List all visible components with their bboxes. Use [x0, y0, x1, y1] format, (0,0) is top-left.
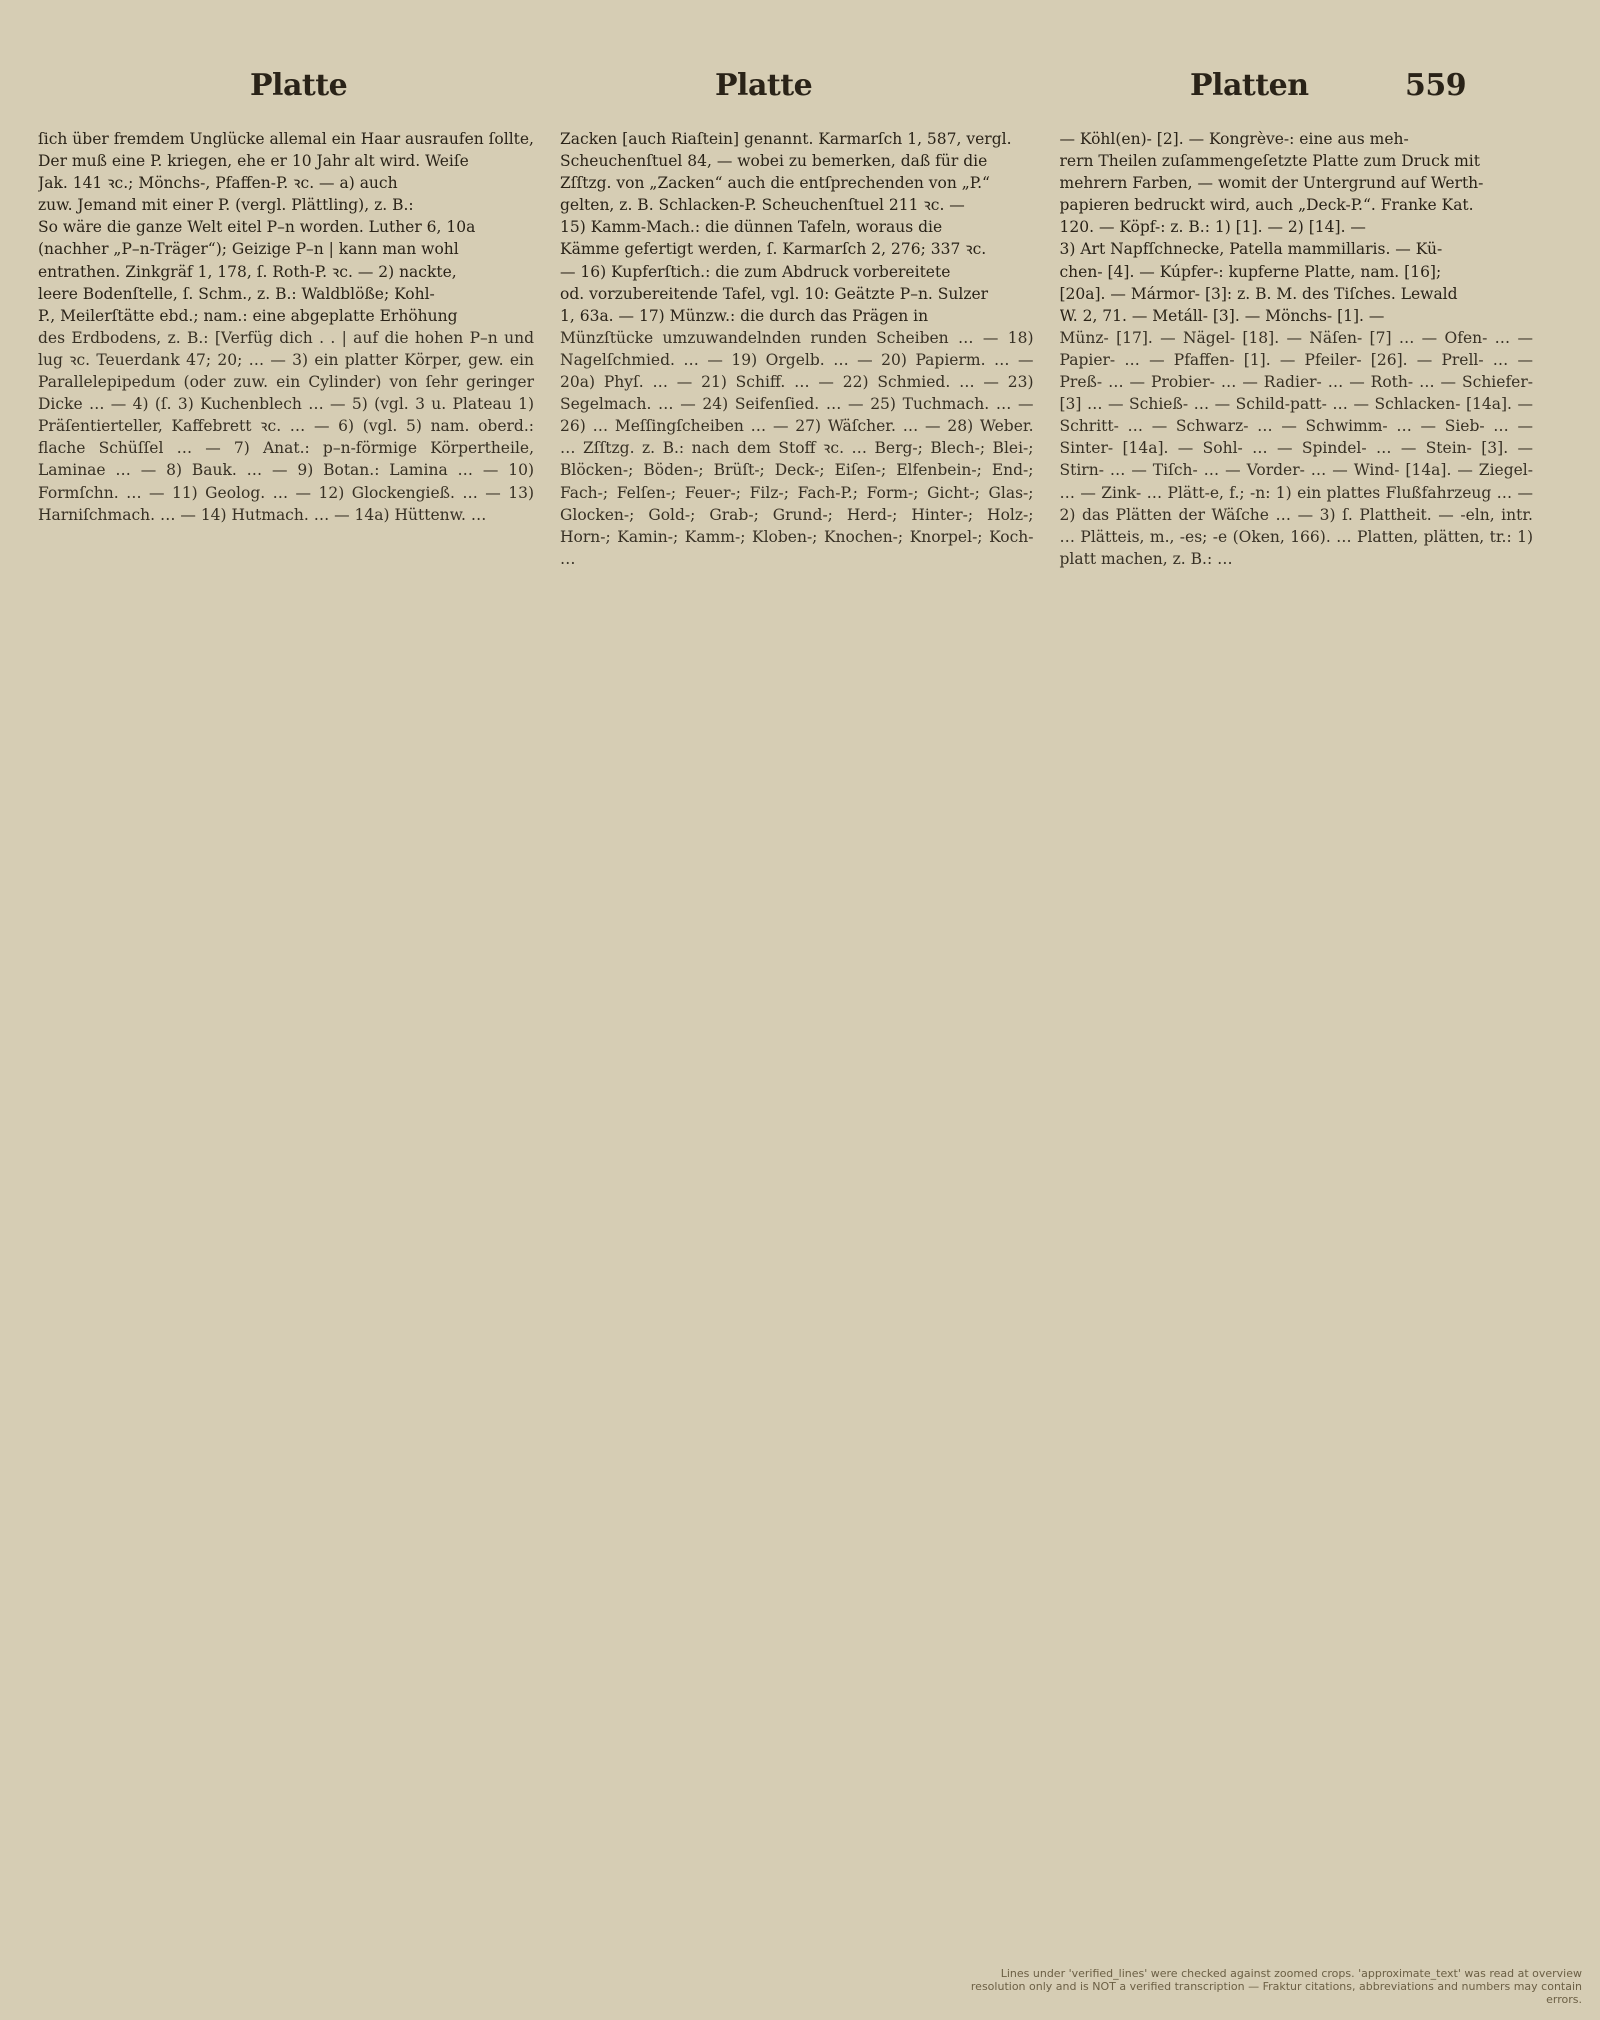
verified-line: [20a]. — Mármor- [3]: z. B. M. des Tiſch…: [1060, 283, 1534, 305]
verified-line: 1, 63a. — 17) Münzw.: die durch das Präg…: [560, 305, 1034, 327]
page-number: 559: [1405, 68, 1466, 103]
dictionary-body: ſich über fremdem Unglücke allemal ein H…: [38, 128, 1533, 570]
verified-line: Kämme gefertigt werden, ſ. Karmarſch 2, …: [560, 238, 1034, 260]
verified-line: So wäre die ganze Welt eitel P–n worden.…: [38, 216, 534, 238]
verified-line: mehrern Farben, — womit der Untergrund a…: [1060, 172, 1534, 194]
verified-line: zuw. Jemand mit einer P. (vergl. Plättli…: [38, 194, 534, 216]
left-catchword: Platte: [250, 68, 347, 103]
approximate-text: des Erdbodens, z. B.: [Verfüg dich . . |…: [38, 327, 534, 526]
column-middle: Zacken [auch Riaſtein] genannt. Karmarſc…: [560, 128, 1034, 570]
verified-line: rern Theilen zuſammengeſetzte Platte zum…: [1060, 150, 1534, 172]
middle-catchword: Platte: [715, 68, 812, 103]
verified-line: Jak. 141 ꝛc.; Mönchs-, Pfaffen-P. ꝛc. — …: [38, 172, 534, 194]
verified-line: ſich über fremdem Unglücke allemal ein H…: [38, 128, 534, 150]
verified-line: chen- [4]. — Kúpfer-: kupferne Platte, n…: [1060, 261, 1534, 283]
verified-line: 120. — Köpf-: z. B.: 1) [1]. — 2) [14]. …: [1060, 216, 1534, 238]
verified-line: Zacken [auch Riaſtein] genannt. Karmarſc…: [560, 128, 1034, 150]
column-left: ſich über fremdem Unglücke allemal ein H…: [38, 128, 534, 570]
approximate-text: Münzſtücke umzuwandelnden runden Scheibe…: [560, 327, 1034, 570]
transcription-note: Lines under 'verified_lines' were checke…: [962, 1967, 1582, 2006]
verified-line: Scheuchenſtuel 84, — wobei zu bemerken, …: [560, 150, 1034, 172]
verified-line: 3) Art Napfſchnecke, Patella mammillaris…: [1060, 238, 1534, 260]
column-right: — Köhl(en)- [2]. — Kongrève-: eine aus m…: [1060, 128, 1534, 570]
verified-line: entrathen. Zinkgräf 1, 178, ſ. Roth-P. ꝛ…: [38, 261, 534, 283]
verified-line: leere Bodenſtelle, ſ. Schm., z. B.: Wald…: [38, 283, 534, 305]
verified-line: (nachher „P–n-Träger“); Geizige P–n | ka…: [38, 238, 534, 260]
verified-line: W. 2, 71. — Metáll- [3]. — Mönchs- [1]. …: [1060, 305, 1534, 327]
verified-line: papieren bedruckt wird, auch „Deck-P.“. …: [1060, 194, 1534, 216]
verified-line: — 16) Kupferſtich.: die zum Abdruck vorb…: [560, 261, 1034, 283]
right-catchword: Platten: [1190, 68, 1309, 103]
verified-line: P., Meilerſtätte ebd.; nam.: eine abgepl…: [38, 305, 534, 327]
verified-line: Der muß eine P. kriegen, ehe er 10 Jahr …: [38, 150, 534, 172]
verified-line: 15) Kamm-Mach.: die dünnen Tafeln, worau…: [560, 216, 1034, 238]
verified-line: od. vorzubereitende Tafel, vgl. 10: Geät…: [560, 283, 1034, 305]
verified-line: Zſſtzg. von „Zacken“ auch die entſpreche…: [560, 172, 1034, 194]
page-header: Platte Platte Platten 559: [0, 68, 1600, 108]
approximate-text: Münz- [17]. — Nägel- [18]. — Näſen- [7] …: [1060, 327, 1534, 570]
verified-line: — Köhl(en)- [2]. — Kongrève-: eine aus m…: [1060, 128, 1534, 150]
verified-line: gelten, z. B. Schlacken-P. Scheuchenſtue…: [560, 194, 1034, 216]
